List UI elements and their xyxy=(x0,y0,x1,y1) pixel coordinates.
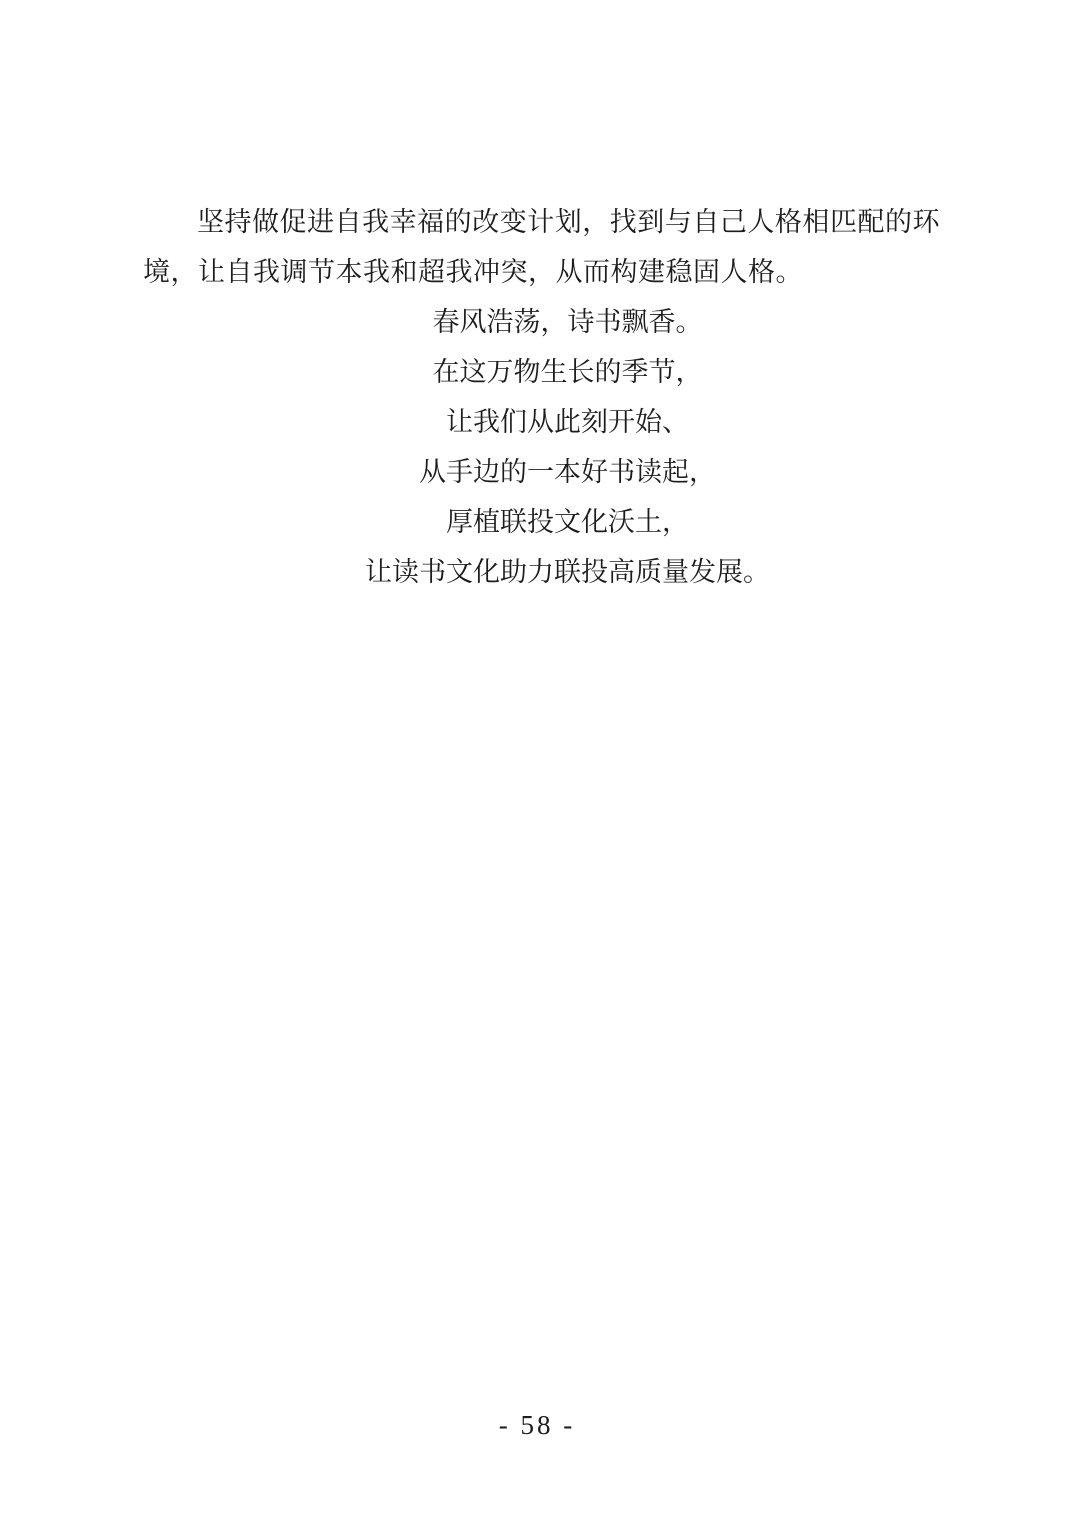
document-page: 坚持做促进自我幸福的改变计划，找到与自己人格相匹配的环境，让自我调节本我和超我冲… xyxy=(0,0,1074,1520)
poem-line: 厚植联投文化沃土， xyxy=(169,497,966,547)
page-content: 坚持做促进自我幸福的改变计划，找到与自己人格相匹配的环境，让自我调节本我和超我冲… xyxy=(143,197,940,597)
page-number: - 58 - xyxy=(0,1410,1074,1441)
poem-line: 让读书文化助力联投高质量发展。 xyxy=(169,547,966,597)
poem-line: 让我们从此刻开始、 xyxy=(169,397,966,447)
poem-line: 春风浩荡，诗书飘香。 xyxy=(169,297,966,347)
poem-line: 从手边的一本好书读起， xyxy=(169,447,966,497)
poem-block: 春风浩荡，诗书飘香。 在这万物生长的季节， 让我们从此刻开始、 从手边的一本好书… xyxy=(169,297,966,597)
body-paragraph: 坚持做促进自我幸福的改变计划，找到与自己人格相匹配的环境，让自我调节本我和超我冲… xyxy=(143,197,940,297)
poem-line: 在这万物生长的季节， xyxy=(169,347,966,397)
